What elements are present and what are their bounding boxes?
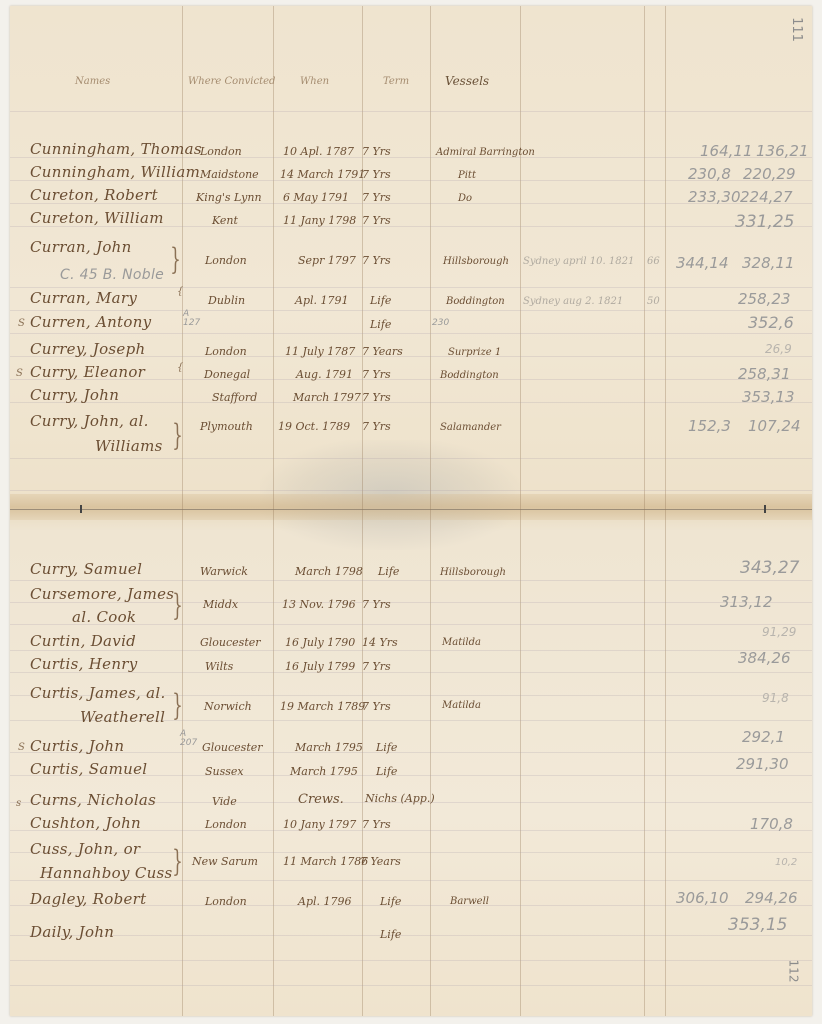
entry-date: 19 March 1789 — [280, 700, 365, 713]
entry-name-alias: Weatherell — [80, 708, 165, 726]
entry-ref-2: 313,12 — [720, 593, 773, 611]
entry-term: 7 Yrs — [362, 660, 391, 673]
margin-note: A 127 — [183, 310, 197, 328]
margin-mark: S — [18, 742, 25, 753]
entry-term: 7 Years — [362, 345, 403, 358]
entry-age: 66 — [647, 256, 660, 267]
entry-place: Stafford — [212, 391, 257, 404]
entry-name: Dagley, Robert — [30, 890, 146, 908]
entry-name: Curren, Antony — [30, 313, 151, 331]
bracket-mark: { — [177, 362, 183, 373]
entry-name: Curtin, David — [30, 632, 136, 650]
header-term: Term — [383, 76, 409, 87]
entry-place: London — [205, 818, 247, 831]
entry-name: Curtis, James, al. — [30, 684, 166, 702]
entry-vessel: Boddington — [440, 370, 499, 381]
entry-ref-2: 352,6 — [748, 313, 794, 332]
entry-name: Currey, Joseph — [30, 340, 145, 358]
entry-name: Cureton, Robert — [30, 186, 158, 204]
entry-ref-1: 152,3 — [688, 417, 731, 435]
entry-ref-2: 292,1 — [742, 728, 785, 746]
pin-hole — [80, 505, 82, 513]
entry-date: 11 July 1787 — [285, 345, 355, 358]
entry-place: Gloucester — [202, 741, 263, 754]
entry-name: Curtis, John — [30, 737, 124, 755]
page-fold — [10, 494, 812, 520]
entry-age: 50 — [647, 296, 660, 307]
brace: } — [172, 418, 183, 453]
entry-vessel: Boddington — [446, 296, 505, 307]
entry-place: London — [205, 895, 247, 908]
entry-term: Life — [376, 765, 397, 778]
entry-term: Life — [380, 928, 401, 941]
entry-date: 6 May 1791 — [283, 191, 349, 204]
entry-vessel: 230 — [432, 318, 449, 328]
entry-ref-2: 220,29 — [743, 165, 796, 183]
entry-ref-2: 291,30 — [736, 755, 789, 773]
entry-term: 7 Yrs — [362, 420, 391, 433]
ruled-line — [10, 458, 812, 459]
entry-ref-2: 170,8 — [750, 815, 793, 833]
entry-term: 7 Yrs — [362, 145, 391, 158]
entry-date: 16 July 1799 — [285, 660, 355, 673]
page-number-top: 111 — [789, 17, 804, 42]
ruled-line — [10, 960, 812, 961]
entry-ref-1: 233,30 — [688, 188, 741, 206]
entry-date: March 1797 — [293, 391, 361, 404]
entry-place: Sussex — [205, 765, 244, 778]
entry-ref-2: 331,25 — [735, 212, 794, 232]
entry-date: 10 Jany 1797 — [283, 818, 356, 831]
entry-term: 7 Yrs — [362, 598, 391, 611]
entry-ref-2: 328,11 — [742, 254, 795, 272]
entry-ref-2: 343,27 — [740, 558, 799, 578]
entry-term: Life — [370, 318, 391, 331]
entry-term: 14 Yrs — [362, 636, 398, 649]
entry-name: Cursemore, James — [30, 585, 174, 603]
ruled-line — [10, 490, 812, 491]
entry-ref-2: 10,2 — [775, 857, 797, 868]
header-names: Names — [75, 76, 110, 87]
entry-place: Maidstone — [200, 168, 259, 181]
entry-arrival: Sydney april 10. 1821 — [523, 256, 634, 267]
entry-ref-2: 258,31 — [738, 365, 791, 383]
ruled-line — [10, 650, 812, 651]
margin-mark: S — [16, 368, 23, 379]
entry-place: Vide — [212, 795, 237, 808]
entry-term: 7 Years — [360, 855, 401, 868]
entry-place: Wilts — [205, 660, 233, 673]
entry-vessel: Do — [458, 193, 472, 204]
entry-date: 11 Jany 1798 — [283, 214, 356, 227]
entry-ref-2: 384,26 — [738, 649, 791, 667]
entry-vessel: Admiral Barrington — [436, 147, 535, 158]
entry-vessel: Pitt — [458, 170, 476, 181]
entry-name: Cureton, William — [30, 209, 164, 227]
page-number-bottom: 112 — [786, 960, 800, 983]
entry-arrival: Sydney aug 2. 1821 — [523, 296, 623, 307]
entry-ref-2: 258,23 — [738, 290, 791, 308]
entry-term: 7 Yrs — [362, 214, 391, 227]
entry-date: Sepr 1797 — [298, 254, 356, 267]
entry-name: Curry, Eleanor — [30, 363, 145, 381]
entry-term: 7 Yrs — [362, 368, 391, 381]
entry-name: Cunningham, Thomas — [30, 140, 202, 158]
entry-term: Life — [378, 565, 399, 578]
entry-place: Donegal — [204, 368, 250, 381]
entry-name: Curran, Mary — [30, 289, 137, 307]
entry-date: Apl. 1791 — [295, 294, 349, 307]
entry-vessel: Salamander — [440, 422, 501, 433]
entry-place: London — [205, 345, 247, 358]
entry-place: King's Lynn — [196, 191, 262, 204]
entry-ref-1: 230,8 — [688, 165, 731, 183]
entry-ref-1: 306,10 — [676, 889, 729, 907]
entry-name: Cunningham, William — [30, 163, 200, 181]
entry-name: Curtis, Samuel — [30, 760, 147, 778]
entry-name: Curns, Nicholas — [30, 791, 156, 809]
margin-note: A 207 — [180, 730, 194, 748]
bracket-mark: { — [177, 286, 183, 297]
entry-name: Curtis, Henry — [30, 655, 138, 673]
entry-ref-1: 164,11 — [700, 142, 753, 160]
entry-term: 7 Yrs — [362, 254, 391, 267]
entry-name: Curran, John — [30, 238, 132, 256]
entry-date: 16 July 1790 — [285, 636, 355, 649]
entry-name: Daily, John — [30, 923, 114, 941]
entry-place: London — [205, 254, 247, 267]
entry-date: 13 Nov. 1796 — [282, 598, 356, 611]
entry-name: Curry, Samuel — [30, 560, 142, 578]
entry-date: Aug. 1791 — [296, 368, 353, 381]
entry-name-note: C. 45 B. Noble — [60, 267, 164, 283]
header-when: When — [300, 76, 329, 87]
entry-vessel: Hillsborough — [443, 256, 509, 267]
entry-place: Kent — [212, 214, 238, 227]
entry-date: 11 March 1786 — [283, 855, 368, 868]
fold-crease — [10, 509, 812, 510]
header-vessels: Vessels — [445, 74, 489, 88]
entry-term: 7 Yrs — [362, 168, 391, 181]
ruled-line — [10, 752, 812, 753]
entry-vessel: Barwell — [450, 896, 489, 907]
ruled-line — [10, 287, 812, 288]
entry-name: Curry, John, al. — [30, 412, 149, 430]
entry-ref-2: 26,9 — [765, 342, 792, 356]
entry-ref-2: 353,15 — [728, 915, 787, 935]
brace: } — [172, 688, 183, 723]
entry-term: Life — [380, 895, 401, 908]
entry-name-alias: al. Cook — [72, 608, 136, 626]
entry-name: Cushton, John — [30, 814, 141, 832]
entry-name-alias: Williams — [95, 437, 163, 455]
entry-ref-2: 107,24 — [748, 417, 801, 435]
entry-term: 7 Yrs — [362, 818, 391, 831]
entry-date: 10 Apl. 1787 — [283, 145, 354, 158]
entry-ref-1: 344,14 — [676, 254, 729, 272]
ruled-line — [10, 985, 812, 986]
ruled-line — [10, 402, 812, 403]
entry-name-alias: Hannahboy Cuss — [40, 864, 173, 882]
brace: } — [172, 588, 183, 623]
entry-place: Dublin — [208, 294, 245, 307]
entry-date: March 1795 — [295, 741, 363, 754]
entry-place: Norwich — [204, 700, 252, 713]
entry-place: Warwick — [200, 565, 248, 578]
entry-place: New Sarum — [192, 855, 258, 868]
entry-vessel: Matilda — [442, 637, 481, 648]
entry-place: Plymouth — [200, 420, 253, 433]
entry-ref-2: 91,8 — [762, 691, 789, 705]
brace: } — [172, 844, 183, 879]
entry-date: March 1798 — [295, 565, 363, 578]
entry-date: 14 March 1791 — [280, 168, 365, 181]
entry-date: March 1795 — [290, 765, 358, 778]
entry-term: 7 Yrs — [362, 700, 391, 713]
entry-ref-2: 224,27 — [740, 188, 793, 206]
entry-place: Middx — [203, 598, 238, 611]
ruled-line — [10, 111, 812, 112]
ruled-line — [10, 580, 812, 581]
entry-name: Cuss, John, or — [30, 840, 140, 858]
entry-term: 7 Yrs — [362, 191, 391, 204]
entry-ref-2: 91,29 — [762, 625, 796, 639]
entry-term: Life — [376, 741, 397, 754]
entry-term: 7 Yrs — [362, 391, 391, 404]
ruled-line — [10, 333, 812, 334]
entry-term: Life — [370, 294, 391, 307]
pin-hole — [764, 505, 766, 513]
entry-place: London — [200, 145, 242, 158]
entry-ref-2: 353,13 — [742, 388, 795, 406]
brace: } — [170, 242, 181, 277]
entry-vessel: Matilda — [442, 700, 481, 711]
entry-vessel: Surprize 1 — [448, 347, 501, 358]
ruled-line — [10, 935, 812, 936]
margin-mark: s — [16, 798, 21, 809]
entry-date: Apl. 1796 — [298, 895, 352, 908]
entry-term: Nichs (App.) — [365, 792, 435, 805]
header-where-convicted: Where Convicted — [188, 76, 275, 87]
entry-vessel: Hillsborough — [440, 567, 506, 578]
entry-date: Crews. — [298, 792, 344, 807]
entry-ref-2: 136,21 — [756, 142, 809, 160]
entry-date: 19 Oct. 1789 — [278, 420, 350, 433]
margin-mark: S — [18, 318, 25, 329]
entry-name: Curry, John — [30, 386, 119, 404]
entry-ref-2: 294,26 — [745, 889, 798, 907]
entry-place: Gloucester — [200, 636, 261, 649]
ruled-line — [10, 310, 812, 311]
